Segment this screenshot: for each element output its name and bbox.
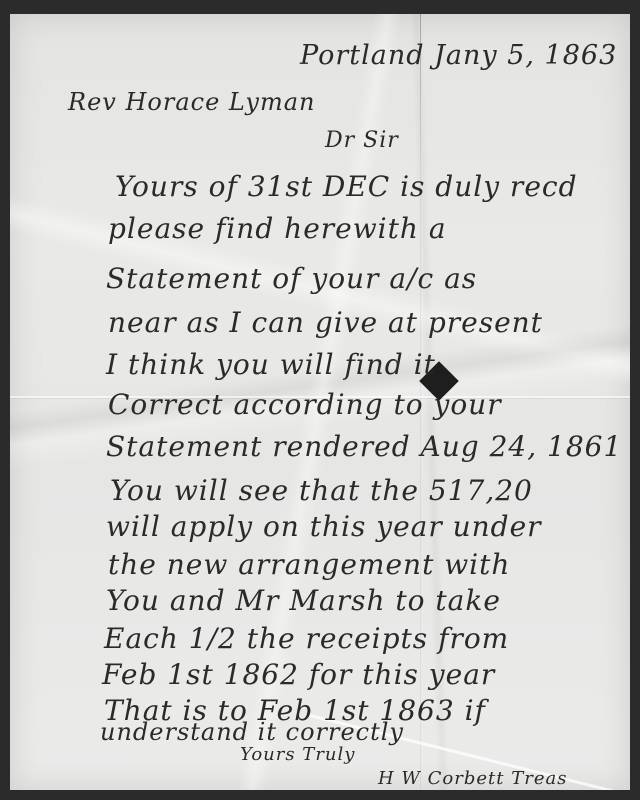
body-line: will apply on this year under	[106, 510, 542, 543]
body-line: Yours of 31st DEC is duly recd	[115, 170, 578, 203]
body-line: Correct according to your	[108, 388, 502, 421]
body-line: Feb 1st 1862 for this year	[102, 658, 495, 691]
body-line: You and Mr Marsh to take	[106, 584, 501, 617]
body-line: the new arrangement with	[108, 548, 510, 581]
body-line: Statement of your a/c as	[106, 262, 477, 295]
body-line: near as I can give at present	[108, 306, 543, 339]
body-line: You will see that the 517,20	[110, 474, 533, 507]
body-line: please find herewith a	[108, 212, 447, 245]
signature: H W Corbett Treas	[378, 768, 567, 789]
body-line: Each 1/2 the receipts from	[104, 622, 509, 655]
body-line: understand it correctly	[100, 718, 404, 746]
greeting: Dr Sir	[325, 128, 399, 153]
body-line: Statement rendered Aug 24, 1861	[106, 430, 622, 463]
place-date: Portland Jany 5, 1863	[300, 40, 617, 71]
addressee: Rev Horace Lyman	[68, 88, 316, 116]
closing: Yours Truly	[240, 744, 355, 765]
body-line: I think you will find it	[106, 348, 436, 381]
